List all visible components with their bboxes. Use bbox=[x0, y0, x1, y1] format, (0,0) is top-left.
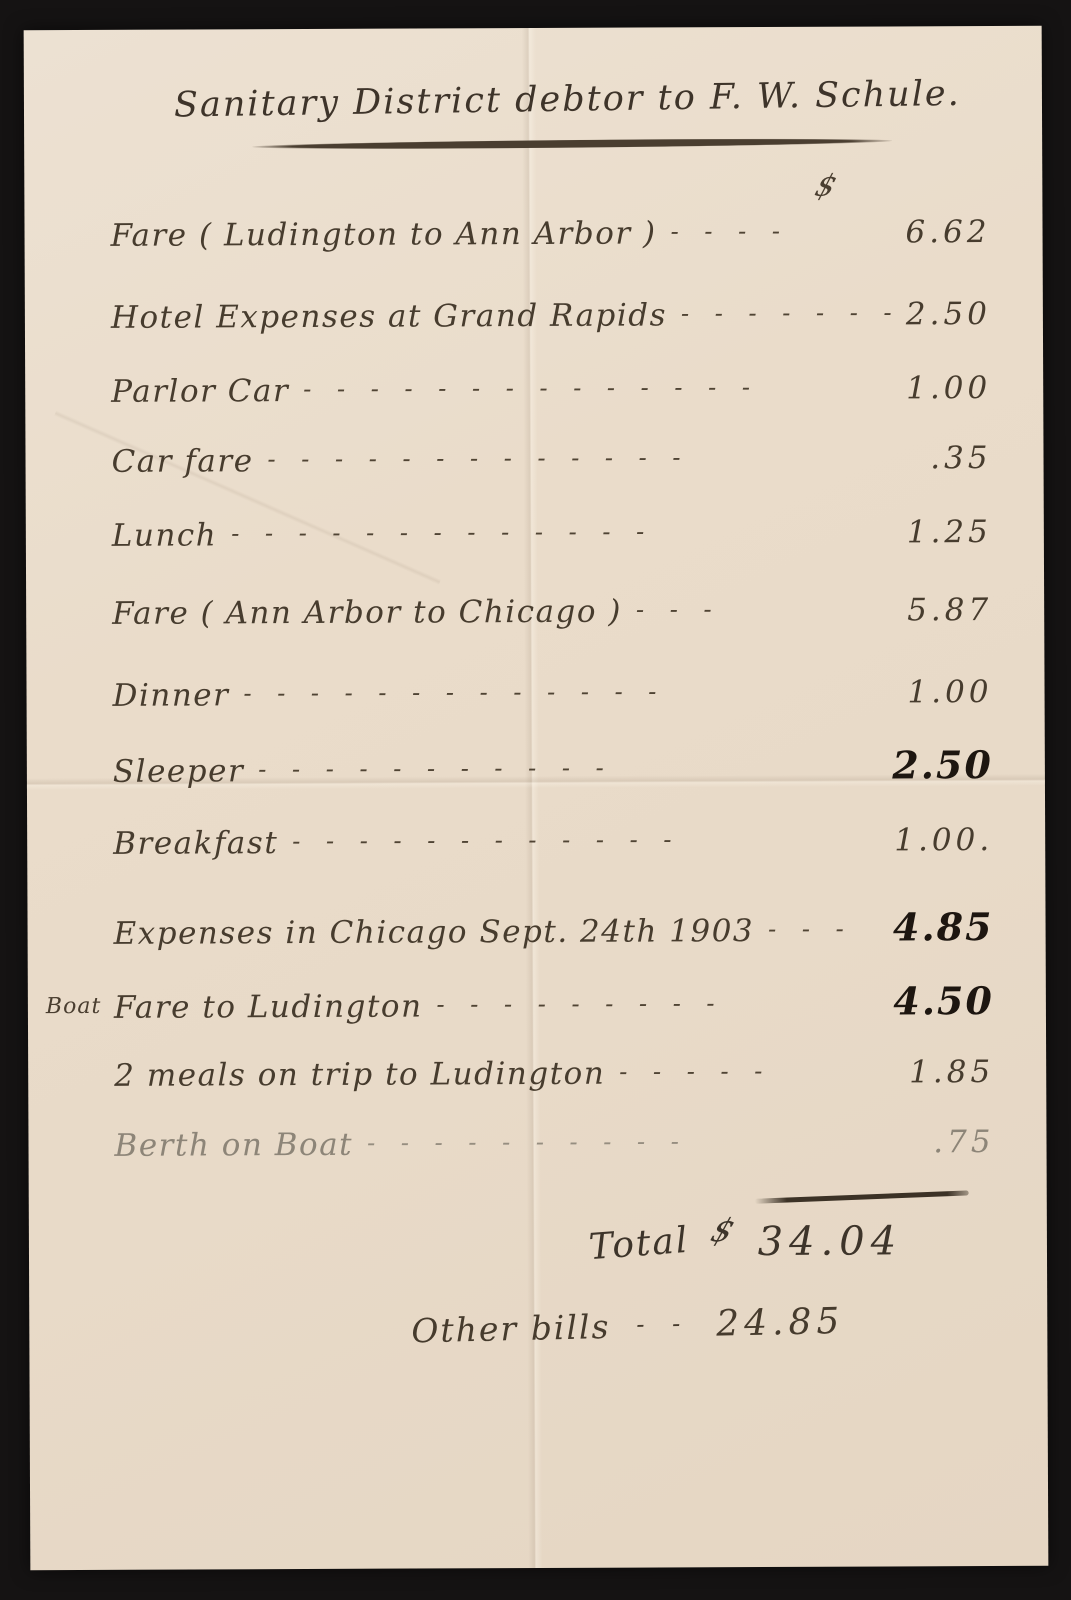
expense-row: Fare ( Ann Arbor to Chicago ) - - - 5.87 bbox=[26, 592, 1044, 632]
document-title: Sanitary District debtor to F. W. Schule… bbox=[174, 74, 935, 125]
expense-row: Expenses in Chicago Sept. 24th 1903 - - … bbox=[27, 904, 1045, 953]
dash-leader: - - - - - - - - - - - - - bbox=[229, 676, 907, 707]
dash-leader: - - - - - - - - - - - - bbox=[278, 824, 894, 855]
total-label: Total bbox=[588, 1220, 691, 1268]
expense-amount: 1.00. bbox=[894, 822, 993, 858]
total-dollar-mark: $ bbox=[706, 1211, 740, 1249]
expense-row: Hotel Expenses at Grand Rapids - - - - -… bbox=[25, 296, 1043, 336]
dash-leader: - - - - - - - - - - - - - bbox=[217, 516, 907, 547]
dash-leader: - - - - bbox=[657, 216, 906, 245]
dash-leader: - - - - - - - - - - - bbox=[244, 752, 892, 783]
total-rule bbox=[755, 1190, 969, 1203]
expense-row: Fare ( Ludington to Ann Arbor ) - - - - … bbox=[24, 214, 1042, 254]
expense-label: Fare ( Ann Arbor to Chicago ) bbox=[112, 594, 622, 632]
expense-label: Fare ( Ludington to Ann Arbor ) bbox=[110, 215, 656, 253]
dash-leader: - - - - - bbox=[605, 1056, 909, 1085]
expense-prefix: Boat bbox=[46, 994, 101, 1019]
expense-amount: 4.85 bbox=[893, 904, 994, 949]
expense-row: Parlor Car - - - - - - - - - - - - - - 1… bbox=[25, 370, 1043, 410]
expense-label: Sleeper bbox=[113, 753, 245, 790]
diagonal-crease bbox=[54, 410, 441, 585]
expense-label: Berth on Boat bbox=[114, 1127, 353, 1164]
dash-leader: - - - - - - - - - bbox=[422, 988, 893, 1018]
expense-row: Berth on Boat - - - - - - - - - - .75 bbox=[28, 1124, 1046, 1164]
expense-label: 2 meals on trip to Ludington bbox=[114, 1056, 605, 1094]
expense-row: Sleeper - - - - - - - - - - - 2.50 bbox=[27, 742, 1045, 791]
expense-row: Boat Fare to Ludington - - - - - - - - -… bbox=[28, 978, 1046, 1027]
expense-label: Hotel Expenses at Grand Rapids bbox=[111, 297, 667, 335]
total-line: Total $ 34.04 bbox=[589, 1218, 902, 1265]
expense-row: 2 meals on trip to Ludington - - - - - 1… bbox=[28, 1054, 1046, 1094]
expense-row: Dinner - - - - - - - - - - - - - 1.00 bbox=[26, 674, 1044, 714]
dash-leader: - - - - - - - - - - - - - - bbox=[289, 372, 906, 403]
other-bills-dashes: - - bbox=[636, 1309, 690, 1338]
expense-amount: 1.85 bbox=[909, 1054, 994, 1090]
dollar-mark: $ bbox=[811, 169, 841, 204]
expense-amount: 4.50 bbox=[893, 978, 994, 1023]
expense-amount: .35 bbox=[930, 440, 991, 476]
expense-amount: 1.00 bbox=[907, 674, 992, 710]
dash-leader: - - - - - - - - - - - - - bbox=[253, 442, 930, 473]
ledger-paper: Sanitary District debtor to F. W. Schule… bbox=[24, 26, 1049, 1570]
expense-amount: 6.62 bbox=[905, 214, 990, 250]
expense-label: Dinner bbox=[112, 677, 229, 714]
expense-label: Parlor Car bbox=[111, 373, 289, 410]
expense-amount: 1.00 bbox=[906, 370, 991, 406]
expense-row: Car fare - - - - - - - - - - - - - .35 bbox=[25, 440, 1043, 480]
expense-amount: 2.50 bbox=[892, 742, 993, 787]
expense-amount: .75 bbox=[933, 1124, 994, 1160]
expense-label: Fare to Ludington bbox=[114, 988, 423, 1025]
dash-leader: - - - bbox=[622, 594, 907, 623]
other-bills-label: Other bills bbox=[411, 1307, 611, 1350]
other-bills-amount: 24.85 bbox=[716, 1301, 845, 1345]
expense-amount: 1.25 bbox=[907, 514, 992, 550]
expense-amount: 5.87 bbox=[907, 592, 992, 628]
expense-label: Breakfast bbox=[113, 825, 278, 862]
dash-leader: - - - - - - - bbox=[667, 298, 906, 327]
expense-amount: 2.50 bbox=[906, 296, 991, 332]
title-underline bbox=[252, 137, 892, 151]
dash-leader: - - - bbox=[754, 914, 893, 943]
expense-label: Expenses in Chicago Sept. 24th 1903 bbox=[114, 913, 755, 952]
total-amount: 34.04 bbox=[758, 1218, 903, 1265]
other-bills-line: Other bills - - 24.85 bbox=[411, 1301, 845, 1351]
expense-label: Car fare bbox=[111, 443, 253, 480]
dash-leader: - - - - - - - - - - bbox=[353, 1126, 933, 1157]
expense-label: Lunch bbox=[112, 517, 217, 553]
expense-row: Breakfast - - - - - - - - - - - - 1.00. bbox=[27, 822, 1045, 862]
expense-row: Lunch - - - - - - - - - - - - - 1.25 bbox=[26, 514, 1044, 554]
